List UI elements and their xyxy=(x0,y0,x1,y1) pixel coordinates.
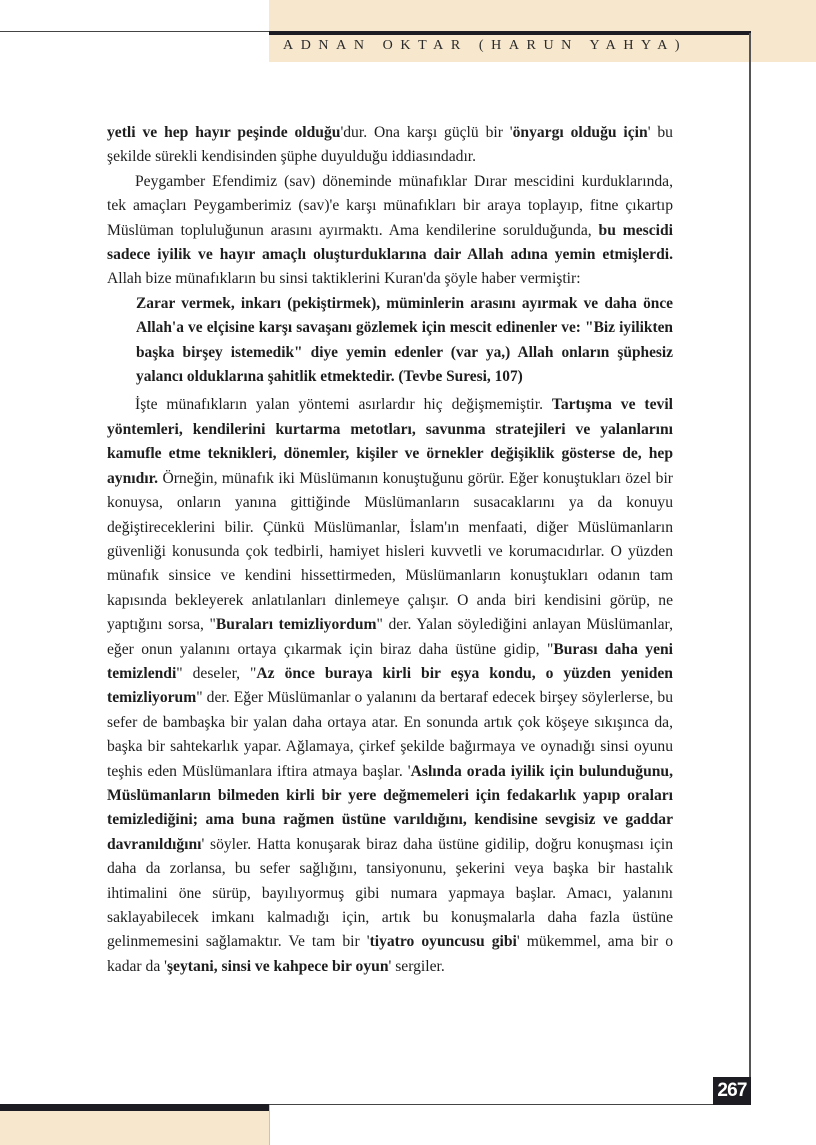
body-text: 'dur. Ona karşı güçlü bir ' xyxy=(340,124,512,141)
emphasized-text: yetli ve hep hayır peşinde olduğu xyxy=(107,124,340,141)
emphasized-text: şeytani, sinsi ve kahpece bir oyun xyxy=(167,958,389,975)
page-number: 267 xyxy=(713,1077,751,1105)
body-text: Allah bize münafıkların bu sinsi taktikl… xyxy=(107,270,581,287)
page-frame-right-border xyxy=(749,33,751,1105)
footer-rule-thick xyxy=(0,1104,269,1111)
body-text: Örneğin, münafık iki Müslümanın konuştuğ… xyxy=(107,470,673,633)
footer-band xyxy=(0,1105,270,1145)
paragraph-dirar-mosque: Peygamber Efendimiz (sav) döneminde müna… xyxy=(107,170,673,292)
header-rule-left xyxy=(0,31,269,32)
page-body: yetli ve hep hayır peşinde olduğu'dur. O… xyxy=(107,121,673,979)
emphasized-text: Buraları temizliyordum xyxy=(216,616,377,633)
emphasized-text: tiyatro oyuncusu gibi xyxy=(370,933,517,950)
quran-quote-tevbe-107: Zarar vermek, inkarı (pekiştirmek), mümi… xyxy=(136,292,673,394)
paragraph-hypocrite-tactics: İşte münafıkların yalan yöntemi asırlard… xyxy=(107,393,673,979)
body-text: ' sergiler. xyxy=(389,958,445,975)
emphasized-text: önyargı olduğu için xyxy=(513,124,648,141)
body-text: Peygamber Efendimiz (sav) döneminde müna… xyxy=(107,173,673,239)
emphasized-text: Zarar vermek, inkarı (pekiştirmek), mümi… xyxy=(136,295,673,385)
body-text: " deseler, " xyxy=(176,665,256,682)
paragraph-continuation: yetli ve hep hayır peşinde olduğu'dur. O… xyxy=(107,121,673,170)
running-header-author: ADNAN OKTAR (HARUN YAHYA) xyxy=(283,38,743,58)
header-rule-thick xyxy=(269,31,751,35)
body-text: İşte münafıkların yalan yöntemi asırlard… xyxy=(135,396,552,413)
